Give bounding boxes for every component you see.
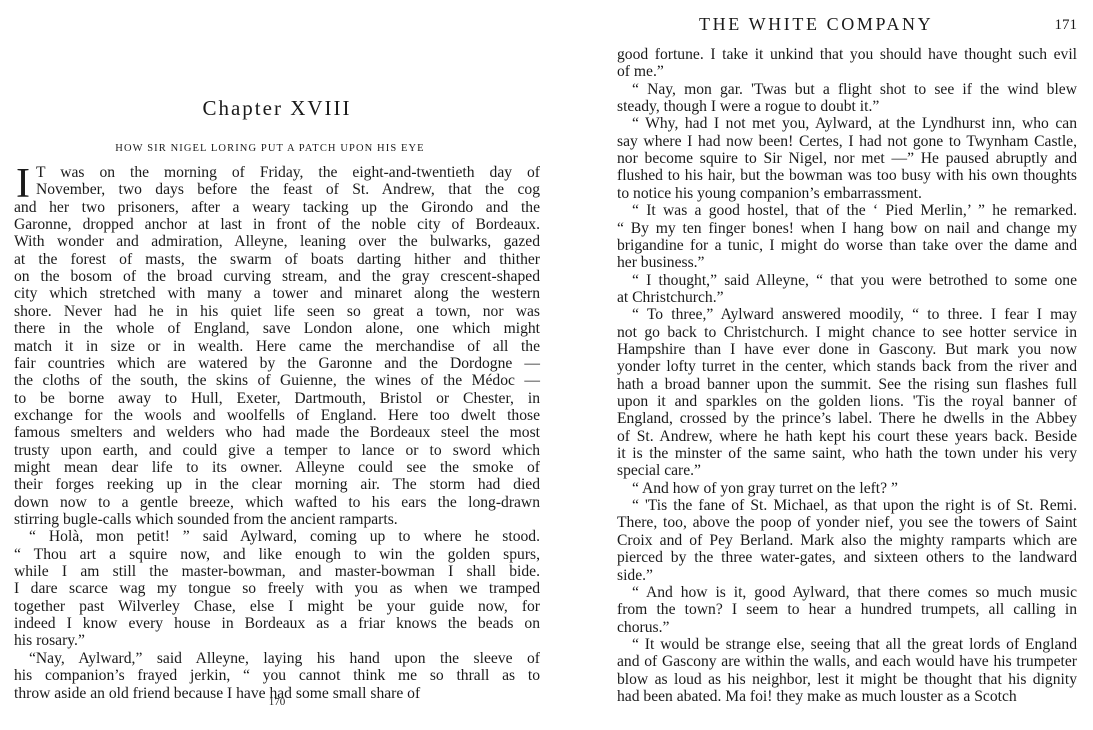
right-page: THE WHITE COMPANY 171 good fortune. I ta… xyxy=(617,0,1077,730)
text-line: famous smelters and welders who had made… xyxy=(14,424,540,442)
left-page: Chapter XVIII HOW SIR NIGEL LORING PUT A… xyxy=(14,0,540,730)
text-line: blow as loud as his neighbor, lest it mi… xyxy=(617,671,1077,689)
text-line: shore. Never had he in his quiet life se… xyxy=(14,303,540,321)
text-line: England, crossed by the prince’s label. … xyxy=(617,410,1077,428)
text-line: fair countries which are watered by the … xyxy=(14,355,540,373)
text-line: “ Nay, mon gar. 'Twas but a flight shot … xyxy=(617,81,1077,99)
chapter-subtitle: HOW SIR NIGEL LORING PUT A PATCH UPON HI… xyxy=(14,143,540,154)
text-line: the cloths of the south, the skins of Gu… xyxy=(14,372,540,390)
text-line: hath a broad banner upon the summit. See… xyxy=(617,376,1077,394)
text-line: “ And how of yon gray turret on the left… xyxy=(617,480,1077,498)
text-line: match it in size or in wealth. Here came… xyxy=(14,338,540,356)
text-line: special care.” xyxy=(617,462,1077,480)
text-line: side.” xyxy=(617,567,1077,585)
text-line: “ Holà, mon petit! ” said Aylward, comin… xyxy=(14,528,540,546)
running-head: THE WHITE COMPANY 171 xyxy=(617,14,1077,36)
text-line: might mean dear life to its owner. Alley… xyxy=(14,459,540,477)
text-line: “ 'Tis the fane of St. Michael, as that … xyxy=(617,497,1077,515)
text-line: “Nay, Aylward,” said Alleyne, laying his… xyxy=(14,650,540,668)
text-line: their forges reeking up in the clear mor… xyxy=(14,476,540,494)
text-line: stirring bugle-calls which sounded from … xyxy=(14,511,540,529)
text-line: “ Why, had I not met you, Aylward, at th… xyxy=(617,115,1077,133)
text-line: there in the whole of England, save Lond… xyxy=(14,320,540,338)
text-line: trusty upon earth, and could give a temp… xyxy=(14,442,540,460)
text-line: brigandine for a tunic, I might do worse… xyxy=(617,237,1077,255)
text-line: flushed to his hair, but the bowman was … xyxy=(617,167,1077,185)
running-title: THE WHITE COMPANY xyxy=(699,14,933,35)
text-line: her business.” xyxy=(617,254,1077,272)
text-line: good fortune. I take it unkind that you … xyxy=(617,46,1077,64)
text-line: on the bosom of the broad curving stream… xyxy=(14,268,540,286)
text-line: to notice his young companion’s embarras… xyxy=(617,185,1077,203)
text-line: at the forest of masts, the swarm of boa… xyxy=(14,251,540,269)
page-number-left: 170 xyxy=(14,696,540,708)
text-line: down now to a gentle breeze, which wafte… xyxy=(14,494,540,512)
text-line: “ And how is it, good Aylward, that ther… xyxy=(617,584,1077,602)
text-line: T was on the morning of Friday, the eigh… xyxy=(14,164,540,182)
text-line: at Christchurch.” xyxy=(617,289,1077,307)
text-line: indeed I know every house in Bordeaux as… xyxy=(14,615,540,633)
text-line: city which stretched with many a tower a… xyxy=(14,285,540,303)
text-line: pierced by the three water-gates, and si… xyxy=(617,549,1077,567)
text-line: from the town? I seem to hear a hundred … xyxy=(617,601,1077,619)
text-line: November, two days before the feast of S… xyxy=(14,181,540,199)
text-line: chorus.” xyxy=(617,619,1077,637)
text-line: together past Wilverley Chase, else I mi… xyxy=(14,598,540,616)
text-line: yonder lofty turret in the center, which… xyxy=(617,358,1077,376)
text-line: to be borne away to Hull, Exeter, Dartmo… xyxy=(14,390,540,408)
text-line: “ I thought,” said Alleyne, “ that you w… xyxy=(617,272,1077,290)
text-line: of St. Andrew, where he hath kept his co… xyxy=(617,428,1077,446)
text-line: “ To three,” Aylward answered moodily, “… xyxy=(617,306,1077,324)
chapter-title: Chapter XVIII xyxy=(14,96,540,121)
text-line: “ It was a good hostel, that of the ‘ Pi… xyxy=(617,202,1077,220)
text-line: I dare scarce wag my tongue so freely wi… xyxy=(14,580,540,598)
text-line: steady, though I were a rogue to doubt i… xyxy=(617,98,1077,116)
text-line: There, too, above the poop of yonder nie… xyxy=(617,514,1077,532)
text-line: Croix and of Pey Berland. Mark also the … xyxy=(617,532,1077,550)
text-line: of me.” xyxy=(617,63,1077,81)
text-line: Garonne, dropped anchor at last in front… xyxy=(14,216,540,234)
text-line: while I am still the master-bowman, and … xyxy=(14,563,540,581)
text-line: With wonder and admiration, Alleyne, lea… xyxy=(14,233,540,251)
text-line: upon it and sparkles on the golden lions… xyxy=(617,393,1077,411)
text-line: it is the minster of the same saint, who… xyxy=(617,445,1077,463)
text-line: Hampshire than I have ever done in Gasco… xyxy=(617,341,1077,359)
text-line: his rosary.” xyxy=(14,632,540,650)
text-line: had been abated. Ma foi! they make as mu… xyxy=(617,688,1077,706)
text-line: his companion’s frayed jerkin, “ you can… xyxy=(14,667,540,685)
text-line: not go back to Christchurch. I might cha… xyxy=(617,324,1077,342)
text-line: “ Thou art a squire now, and like enough… xyxy=(14,546,540,564)
text-line: exchange for the wools and woolfells of … xyxy=(14,407,540,425)
text-line: and her two prisoners, after a weary tac… xyxy=(14,199,540,217)
text-line: “ It would be strange else, seeing that … xyxy=(617,636,1077,654)
text-line: and of Gascony are within the walls, and… xyxy=(617,653,1077,671)
text-line: say where I had now been! Certes, I had … xyxy=(617,133,1077,151)
text-line: “ By my ten finger bones! when I hang bo… xyxy=(617,220,1077,238)
page-number-right: 171 xyxy=(1055,17,1078,34)
text-line: nor become squire to Sir Nigel, nor met … xyxy=(617,150,1077,168)
